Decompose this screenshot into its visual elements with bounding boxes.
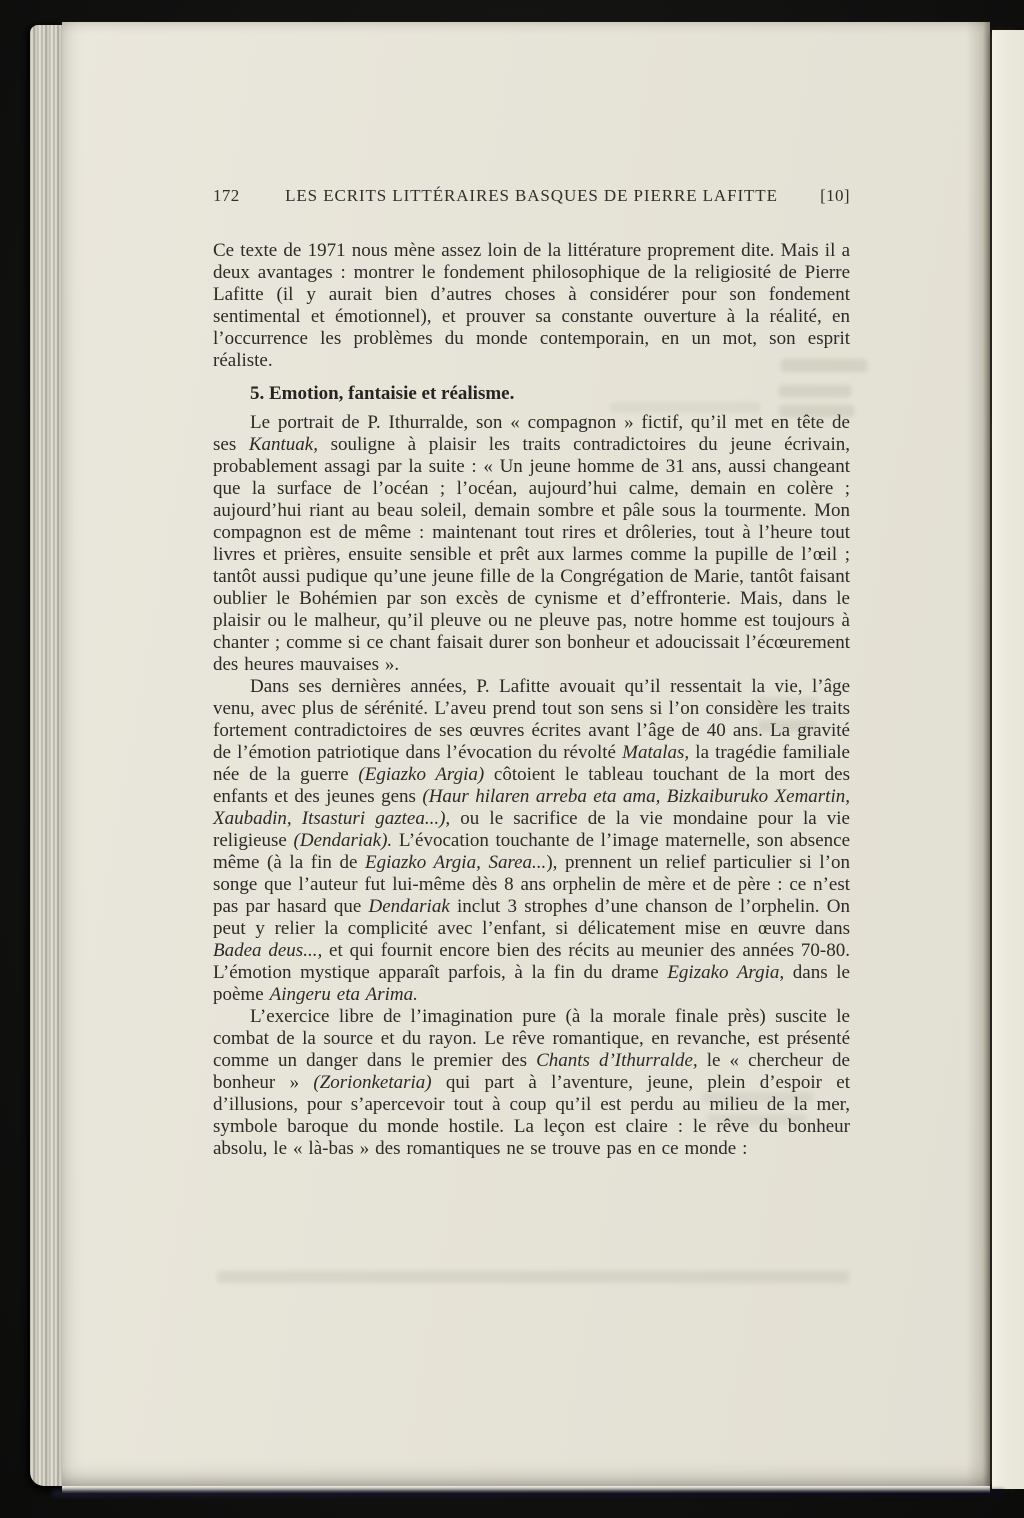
margin-reference: [10] [820, 186, 850, 206]
gutter-shadow [966, 22, 990, 1486]
facing-page-edge [992, 30, 1024, 1489]
paragraph-serenite: Dans ses dernières années, P. Lafitte av… [213, 676, 850, 1006]
paragraph-imagination: L’exercice libre de l’imagination pure (… [213, 1006, 850, 1160]
running-title: LES ECRITS LITTÉRAIRES BASQUES DE PIERRE… [285, 186, 778, 206]
section-heading: 5. Emotion, fantaisie et réalisme. [213, 383, 850, 405]
page-edge-stack [30, 25, 62, 1486]
book-page: 172 LES ECRITS LITTÉRAIRES BASQUES DE PI… [62, 22, 990, 1486]
paragraph-intro: Ce texte de 1971 nous mène assez loin de… [213, 240, 850, 372]
printed-area: 172 LES ECRITS LITTÉRAIRES BASQUES DE PI… [213, 186, 850, 1160]
page-header: 172 LES ECRITS LITTÉRAIRES BASQUES DE PI… [213, 186, 850, 210]
page-bottom-shadow [52, 1490, 1004, 1497]
paragraph-portrait: Le portrait de P. Ithurralde, son « comp… [213, 412, 850, 676]
page-number: 172 [213, 186, 240, 206]
showthrough-smudge [217, 1271, 849, 1283]
book-scan: 172 LES ECRITS LITTÉRAIRES BASQUES DE PI… [0, 0, 1024, 1518]
